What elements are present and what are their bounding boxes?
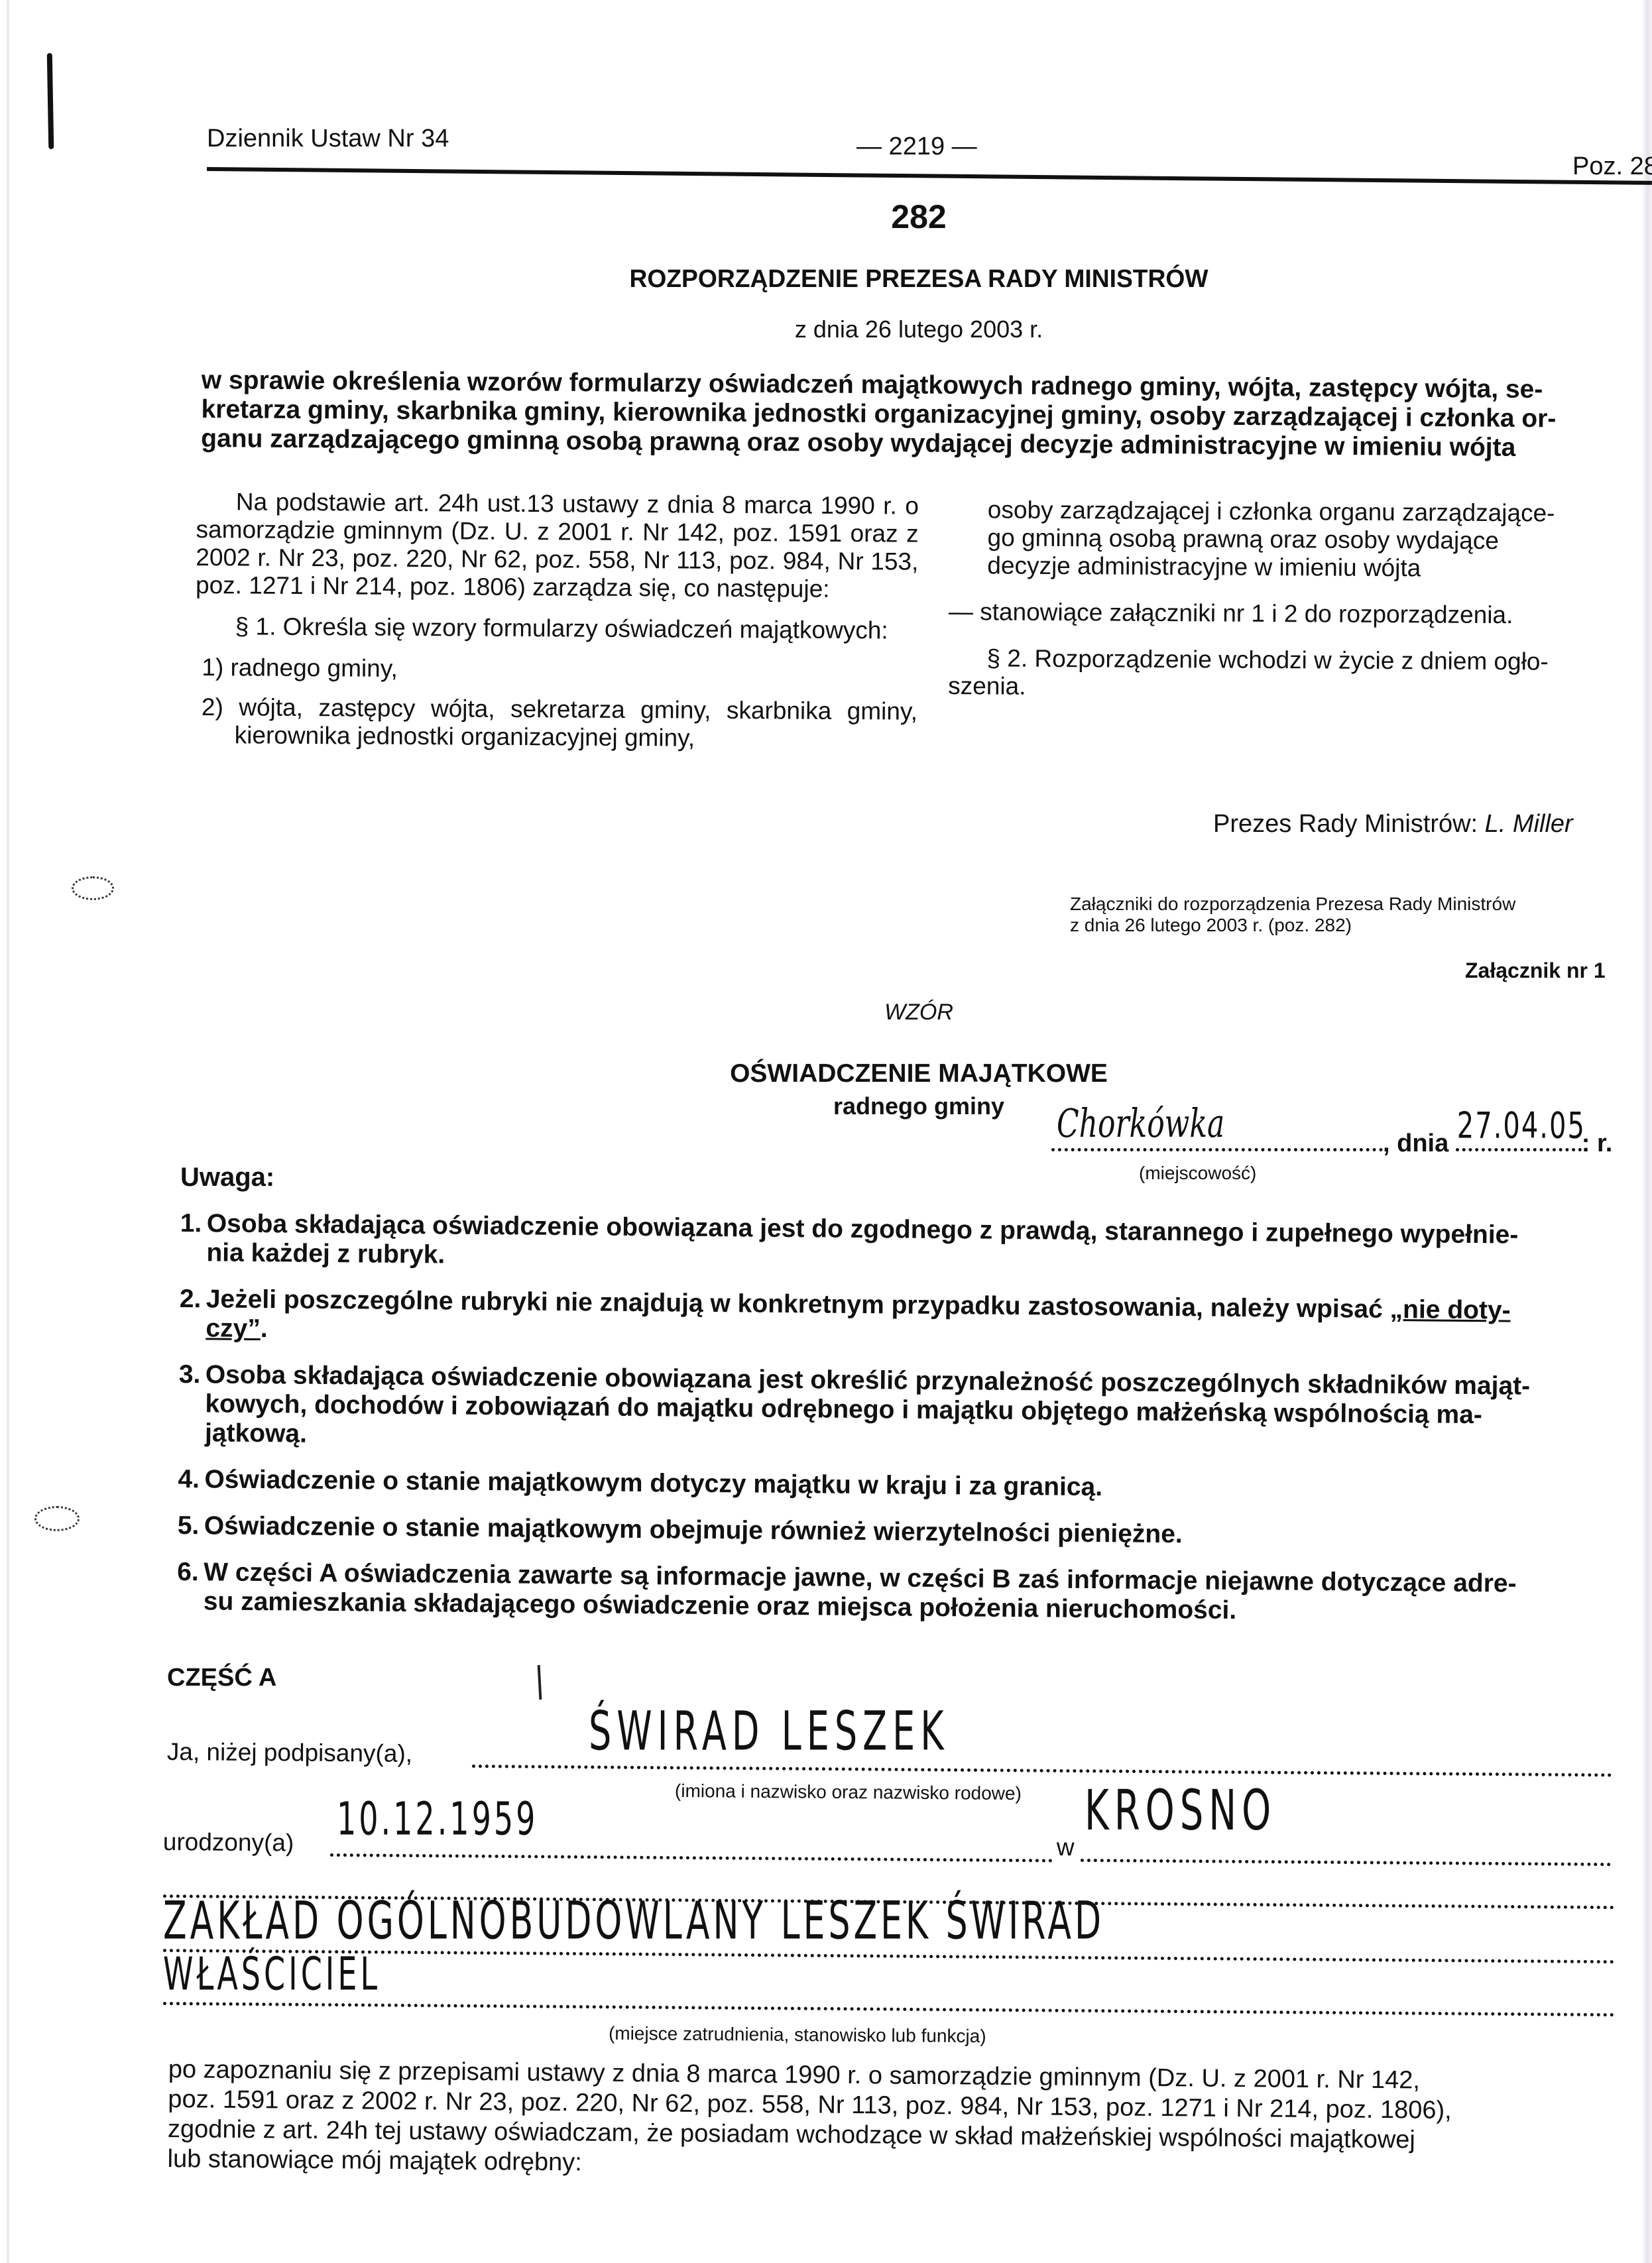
right-column: osoby zarządzającej i członka organu zar… xyxy=(948,496,1652,704)
remark-item: 3. Osoba składająca oświadczenie obowiąz… xyxy=(178,1360,1637,1460)
page-number: — 2219 — xyxy=(856,133,977,161)
remark-item: 1. Osoba składająca oświadczenie obowiąz… xyxy=(180,1209,1639,1280)
remark-item: 2. Jeżeli poszczególne rubryki nie znajd… xyxy=(179,1285,1638,1356)
pen-tick-mark xyxy=(538,1665,542,1700)
remark-text: Osoba składająca oświadczenie obowiązana… xyxy=(206,1209,1639,1280)
place-date-row: Chorkówka , dnia 27.04.05 : r. xyxy=(1051,1119,1612,1158)
punch-hole-icon xyxy=(34,1506,80,1531)
signature-block: Prezes Rady Ministrów: L. Miller xyxy=(1213,810,1573,839)
signer-label: Ja, niżej podpisany(a), xyxy=(167,1738,413,1768)
list-item: 1) radnego gminy, xyxy=(195,654,917,686)
list-item: 2) wójta, zastępcy wójta, sekretarza gmi… xyxy=(195,693,917,754)
remarks-title: Uwaga: xyxy=(180,1163,274,1192)
regulation-subject: w sprawie określenia wzorów formularzy o… xyxy=(201,366,1652,463)
closing-statement: po zapoznaniu się z przepisami ustawy z … xyxy=(167,2055,1636,2187)
employment-value-2: WŁAŚCICIEL xyxy=(163,1947,381,2001)
regulation-title: ROZPORZĄDZENIE PREZESA RADY MINISTRÓW xyxy=(200,265,1637,294)
remark-number: 4. xyxy=(178,1465,204,1494)
continuation-line: decyzje administracyjne w imieniu wójta xyxy=(949,551,1651,583)
remark-item: 6. W części A oświadczenia zawarte są in… xyxy=(177,1558,1636,1629)
continuation-line: go gminną osobą prawną oraz osoby wydają… xyxy=(949,524,1651,555)
preamble: Na podstawie art. 24h ust.13 ustawy z dn… xyxy=(196,488,919,604)
signer-caption: (imiona i nazwisko oraz nazwisko rodowe) xyxy=(675,1780,1022,1804)
signature-label: Prezes Rady Ministrów: xyxy=(1213,810,1485,838)
regulation-number: 282 xyxy=(186,198,1652,236)
remark-number: 5. xyxy=(178,1511,204,1540)
date-suffix: : r. xyxy=(1582,1130,1612,1157)
remarks-list: 1. Osoba składająca oświadczenie obowiąz… xyxy=(176,1209,1639,1646)
signature-name: L. Miller xyxy=(1485,810,1573,838)
continuation-line: osoby zarządzającej i członka organu zar… xyxy=(949,496,1652,528)
part-a-title: CZĘŚĆ A xyxy=(167,1664,276,1692)
journal-title: Dziennik Ustaw Nr 34 xyxy=(207,125,449,153)
employment-field-3[interactable] xyxy=(163,2002,1615,2016)
template-label: WZÓR xyxy=(186,1000,1652,1025)
born-date-value: 10.12.1959 xyxy=(337,1792,538,1845)
remark-number: 2. xyxy=(179,1285,206,1343)
date-label: , dnia xyxy=(1383,1130,1448,1157)
section-1: § 1. Określa się wzory formularzy oświad… xyxy=(196,612,918,645)
remark-text: Osoba składająca oświadczenie obowiązana… xyxy=(205,1360,1637,1460)
annex-note-line: z dnia 26 lutego 2003 r. (poz. 282) xyxy=(1070,915,1515,936)
remark-number: 3. xyxy=(178,1360,206,1448)
remark-item: 4. Oświadczenie o stanie majątkowym doty… xyxy=(178,1465,1636,1507)
annexes-line: — stanowiące załączniki nr 1 i 2 do rozp… xyxy=(949,598,1651,630)
left-column: Na podstawie art. 24h ust.13 ustawy z dn… xyxy=(194,488,918,766)
remark-text: Oświadczenie o stanie majątkowym obejmuj… xyxy=(204,1511,1636,1553)
employment-value-1: ZAKŁAD OGÓLNOBUDOWLANY LESZEK ŚWIRAD xyxy=(163,1892,1104,1951)
punch-hole-icon xyxy=(72,876,114,900)
annex-note-line: Załączniki do rozporządzenia Prezesa Rad… xyxy=(1070,894,1515,915)
remark-text-part: . xyxy=(261,1314,268,1343)
section-2: § 2. Rozporządzenie wchodzi w życie z dn… xyxy=(948,644,1651,676)
scan-left-edge xyxy=(7,0,9,2263)
margin-line-mark xyxy=(47,53,54,149)
regulation-date: z dnia 26 lutego 2003 r. xyxy=(186,316,1652,343)
signer-field[interactable] xyxy=(472,1765,1612,1777)
annex-label: Załącznik nr 1 xyxy=(1465,958,1606,983)
form-title: OŚWIADCZENIE MAJĄTKOWE xyxy=(186,1059,1652,1088)
remark-number: 1. xyxy=(180,1209,207,1267)
born-label: urodzony(a) xyxy=(163,1828,294,1857)
place-field[interactable]: Chorkówka xyxy=(1051,1119,1383,1151)
born-place-field[interactable] xyxy=(1081,1859,1611,1866)
remark-text: Oświadczenie o stanie majątkowym dotyczy… xyxy=(204,1465,1636,1507)
born-date-field[interactable] xyxy=(330,1853,1053,1863)
remark-number: 6. xyxy=(177,1558,204,1616)
remark-text: W części A oświadczenia zawarte są infor… xyxy=(204,1558,1636,1629)
place-caption: (miejscowość) xyxy=(1139,1163,1256,1184)
born-in-label: w xyxy=(1057,1833,1075,1861)
position-number: Poz. 282 xyxy=(1572,152,1652,181)
employment-caption: (miejsce zatrudnienia, stanowisko lub fu… xyxy=(609,2023,986,2047)
section-2-cont: szenia. xyxy=(948,672,1651,704)
signer-value: ŚWIRAD LESZEK xyxy=(589,1700,949,1763)
date-field[interactable]: 27.04.05 xyxy=(1456,1119,1582,1151)
remark-text: Jeżeli poszczególne rubryki nie znajdują… xyxy=(206,1285,1638,1356)
place-value: Chorkówka xyxy=(1057,1101,1224,1147)
remark-text-part: Jeżeli poszczególne rubryki nie znajdują… xyxy=(206,1285,1390,1324)
date-value: 27.04.05 xyxy=(1457,1106,1586,1147)
remark-item: 5. Oświadczenie o stanie majątkowym obej… xyxy=(178,1511,1636,1553)
annex-note: Załączniki do rozporządzenia Prezesa Rad… xyxy=(1070,894,1515,936)
born-place-value: KROSNO xyxy=(1085,1779,1276,1844)
form-subtitle: radnego gminy xyxy=(186,1092,1652,1120)
